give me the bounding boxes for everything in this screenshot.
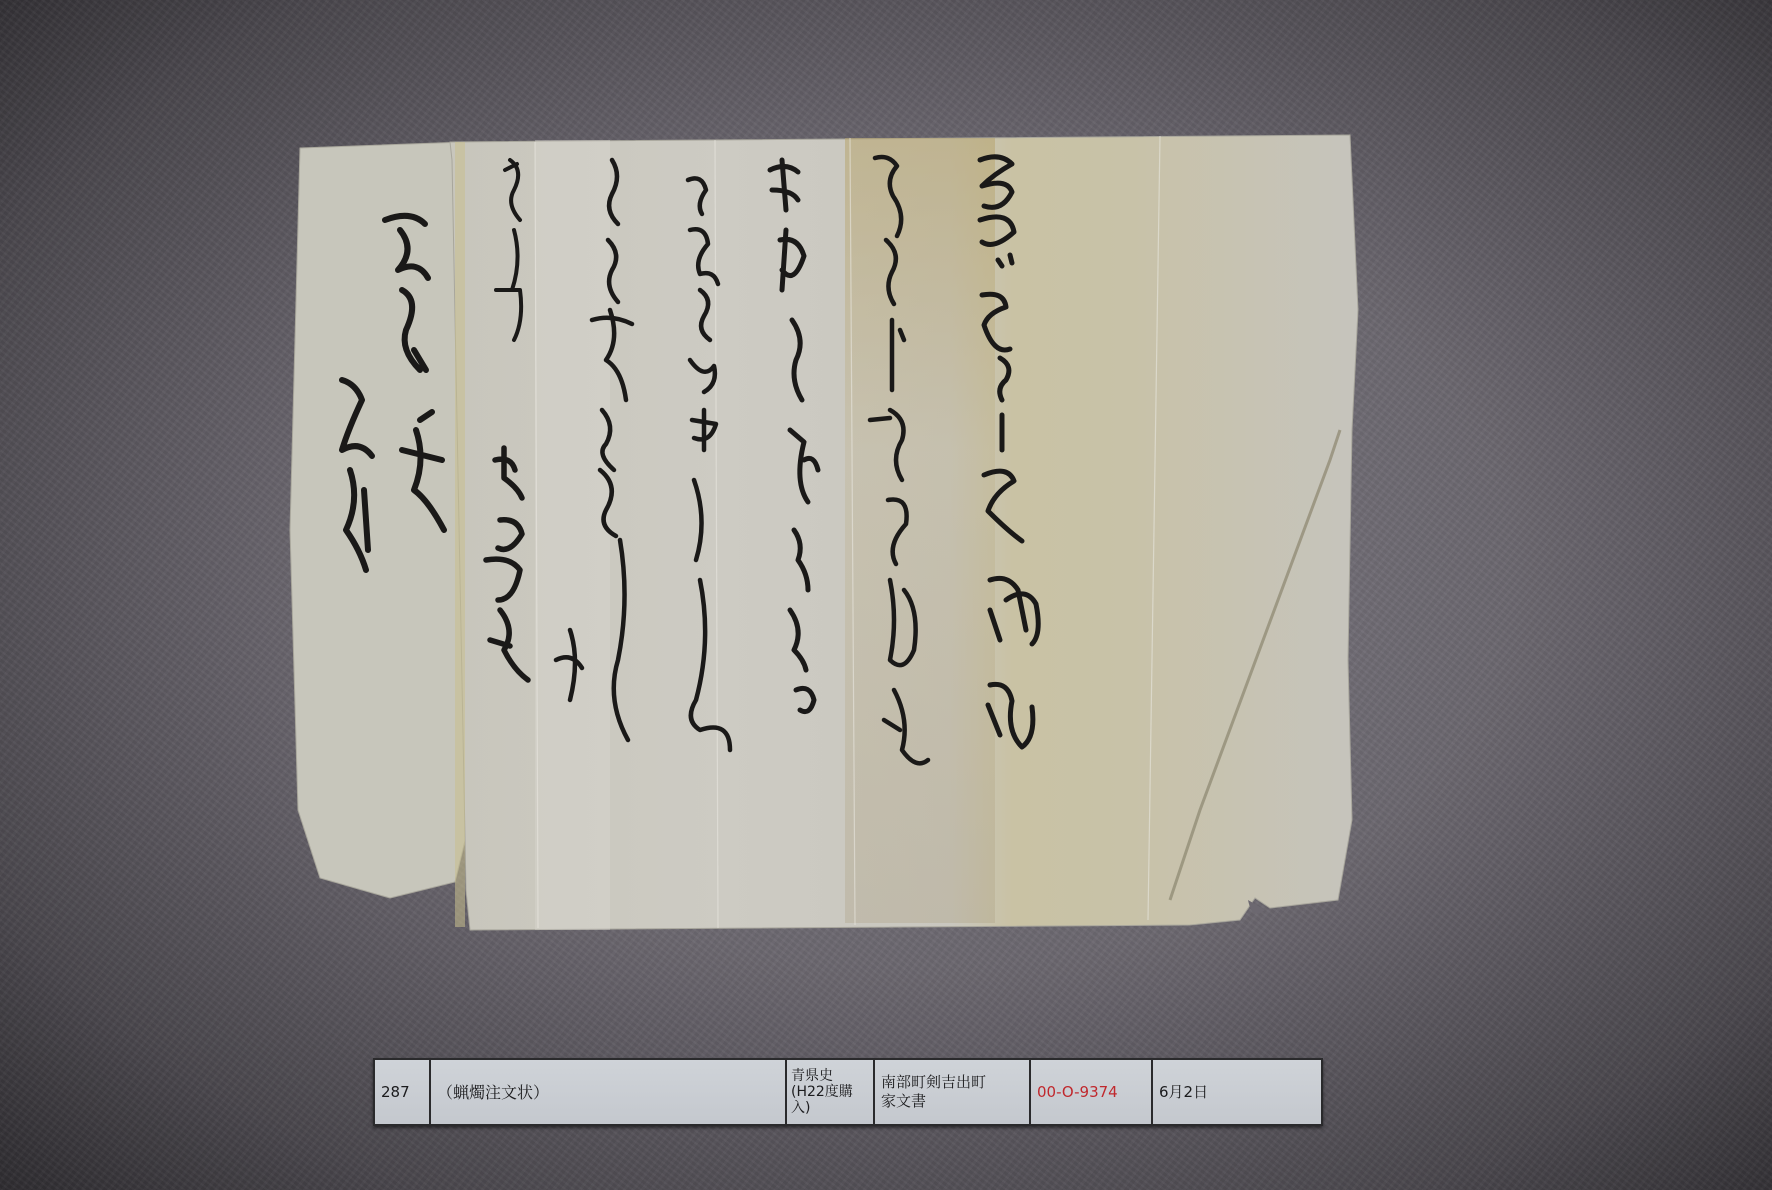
catalog-label: 287 （蝋燭注文状） 青県史 (H22度購 入) 南部町剣吉出町 家文書 00… (373, 1058, 1323, 1126)
catalog-number: 287 (375, 1060, 431, 1124)
document-date: 6月2日 (1153, 1060, 1321, 1124)
paper-sheet (290, 130, 1360, 930)
archive-id: 00-O-9374 (1037, 1084, 1118, 1101)
paper-seam (455, 142, 465, 927)
historical-letter-document (290, 130, 1360, 930)
collection-name: 南部町剣吉出町 家文書 (875, 1060, 1031, 1124)
acquisition-source: 青県史 (H22度購 入) (787, 1060, 875, 1124)
water-stain (845, 138, 995, 923)
paper-left-sheet (290, 142, 470, 898)
document-title: （蝋燭注文状） (431, 1060, 787, 1124)
archive-id-cell: 00-O-9374 (1031, 1060, 1153, 1124)
